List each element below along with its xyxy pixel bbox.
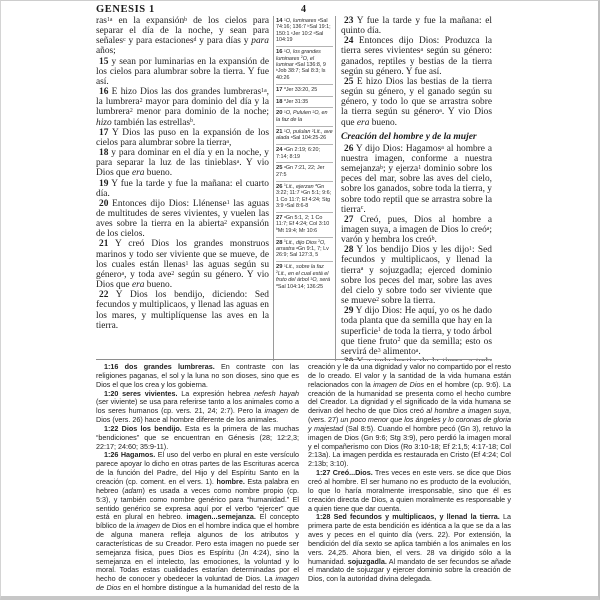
- verse: 20 Entonces dijo Dios: Llénense1 las agu…: [96, 199, 269, 240]
- cross-reference-entry: 21 1O, pululan 2Lit., ave alada aSal 104…: [276, 127, 333, 145]
- cross-reference-entry: 25 aGn 7:21, 22; Jer 27:5: [276, 163, 333, 181]
- bible-page: GENESIS 1 4 ras1a en la expansiónb de lo…: [0, 0, 600, 600]
- cross-reference-entry: 28 1Lit., dijo Dios 2O, arrastra aGn 9:1…: [276, 238, 333, 263]
- cross-reference-entry: 14 1O, luminares aSal 74:16; 136:7 bSal …: [276, 16, 333, 47]
- commentary-section: 1:16 dos grandes lumbreras. En contraste…: [96, 363, 511, 597]
- cross-reference-entry: 26 1Lit., ejerzan aGn 3:22; 11:7 bGn 5:1…: [276, 182, 333, 213]
- cross-reference-entry: 16 1O, los grandes luminares 2O, el lumi…: [276, 47, 333, 85]
- verse: 21 Y creó Dios los grandes monstruos mar…: [96, 239, 269, 290]
- verse: 25 E hizo Dios las bestias de la tierra …: [341, 77, 492, 128]
- verse: 29 Y dijo Dios: He aquí, yo os he dado t…: [341, 306, 492, 357]
- verse: 28 Y los bendijo Dios y les dijo1: Sed f…: [341, 245, 492, 306]
- cross-reference-entry: 18 aJer 31:35: [276, 97, 333, 109]
- verse: 27 Creó, pues, Dios al hombre a imagen s…: [341, 215, 492, 245]
- verse: 19 Y fue la tarde y fue la mañana: el cu…: [96, 179, 269, 199]
- scripture-section: ras1a en la expansiónb de los cielos par…: [96, 16, 492, 361]
- scripture-left-column: ras1a en la expansiónb de los cielos par…: [96, 16, 269, 361]
- study-note: 1:20 seres vivientes. La expresión hebre…: [96, 390, 299, 425]
- cross-references-column: 14 1O, luminares aSal 74:16; 136:7 bSal …: [273, 16, 336, 361]
- verse: 15 y sean por luminarias en la expansión…: [96, 57, 269, 87]
- verse: 17 Y Dios las puso en la expansión de lo…: [96, 128, 269, 148]
- cross-reference-entry: 24 aGn 2:19; 6:20; 7:14; 8:19: [276, 145, 333, 163]
- cross-reference-entry: 17 aJer 33:20, 25: [276, 85, 333, 97]
- running-head-book-title: GENESIS 1: [96, 4, 155, 15]
- cross-reference-entry: 20 1O, Pululen 2O, en la faz de la: [276, 108, 333, 126]
- study-note: 1:16 dos grandes lumbreras. En contraste…: [96, 363, 299, 390]
- verse: 18 y para dominar en el día y en la noch…: [96, 148, 269, 178]
- verse: 22 Y Dios los bendijo, diciendo: Sed fec…: [96, 290, 269, 331]
- section-divider: [96, 359, 492, 360]
- study-note: 1:27 Creó...Dios. Tres veces en este ver…: [308, 469, 511, 513]
- page-number: 4: [301, 4, 306, 15]
- verse: 23 Y fue la tarde y fue la mañana: el qu…: [341, 16, 492, 36]
- cross-reference-entry: 27 aGn 5:1, 2; 1 Co 11:7; Ef 4:24; Col 3…: [276, 213, 333, 238]
- verse: 26 Y dijo Dios: Hagamosa al hombre a nue…: [341, 144, 492, 215]
- cross-reference-entry: 29 1Lit., sobre la faz 2Lit., en el cual…: [276, 262, 333, 292]
- study-note: 1:22 Dios los bendijo. Esta es la primer…: [96, 425, 299, 452]
- section-heading: Creación del hombre y de la mujer: [341, 132, 492, 142]
- verse: 24 Entonces dijo Dios: Produzca la tierr…: [341, 36, 492, 77]
- verse: ras1a en la expansiónb de los cielos par…: [96, 16, 269, 57]
- scripture-right-column: 23 Y fue la tarde y fue la mañana: el qu…: [341, 16, 492, 361]
- study-note: 1:28 Sed fecundos y multiplicaos, y llen…: [308, 513, 511, 584]
- verse: 16 E hizo Dios las dos grandes lumbreras…: [96, 87, 269, 128]
